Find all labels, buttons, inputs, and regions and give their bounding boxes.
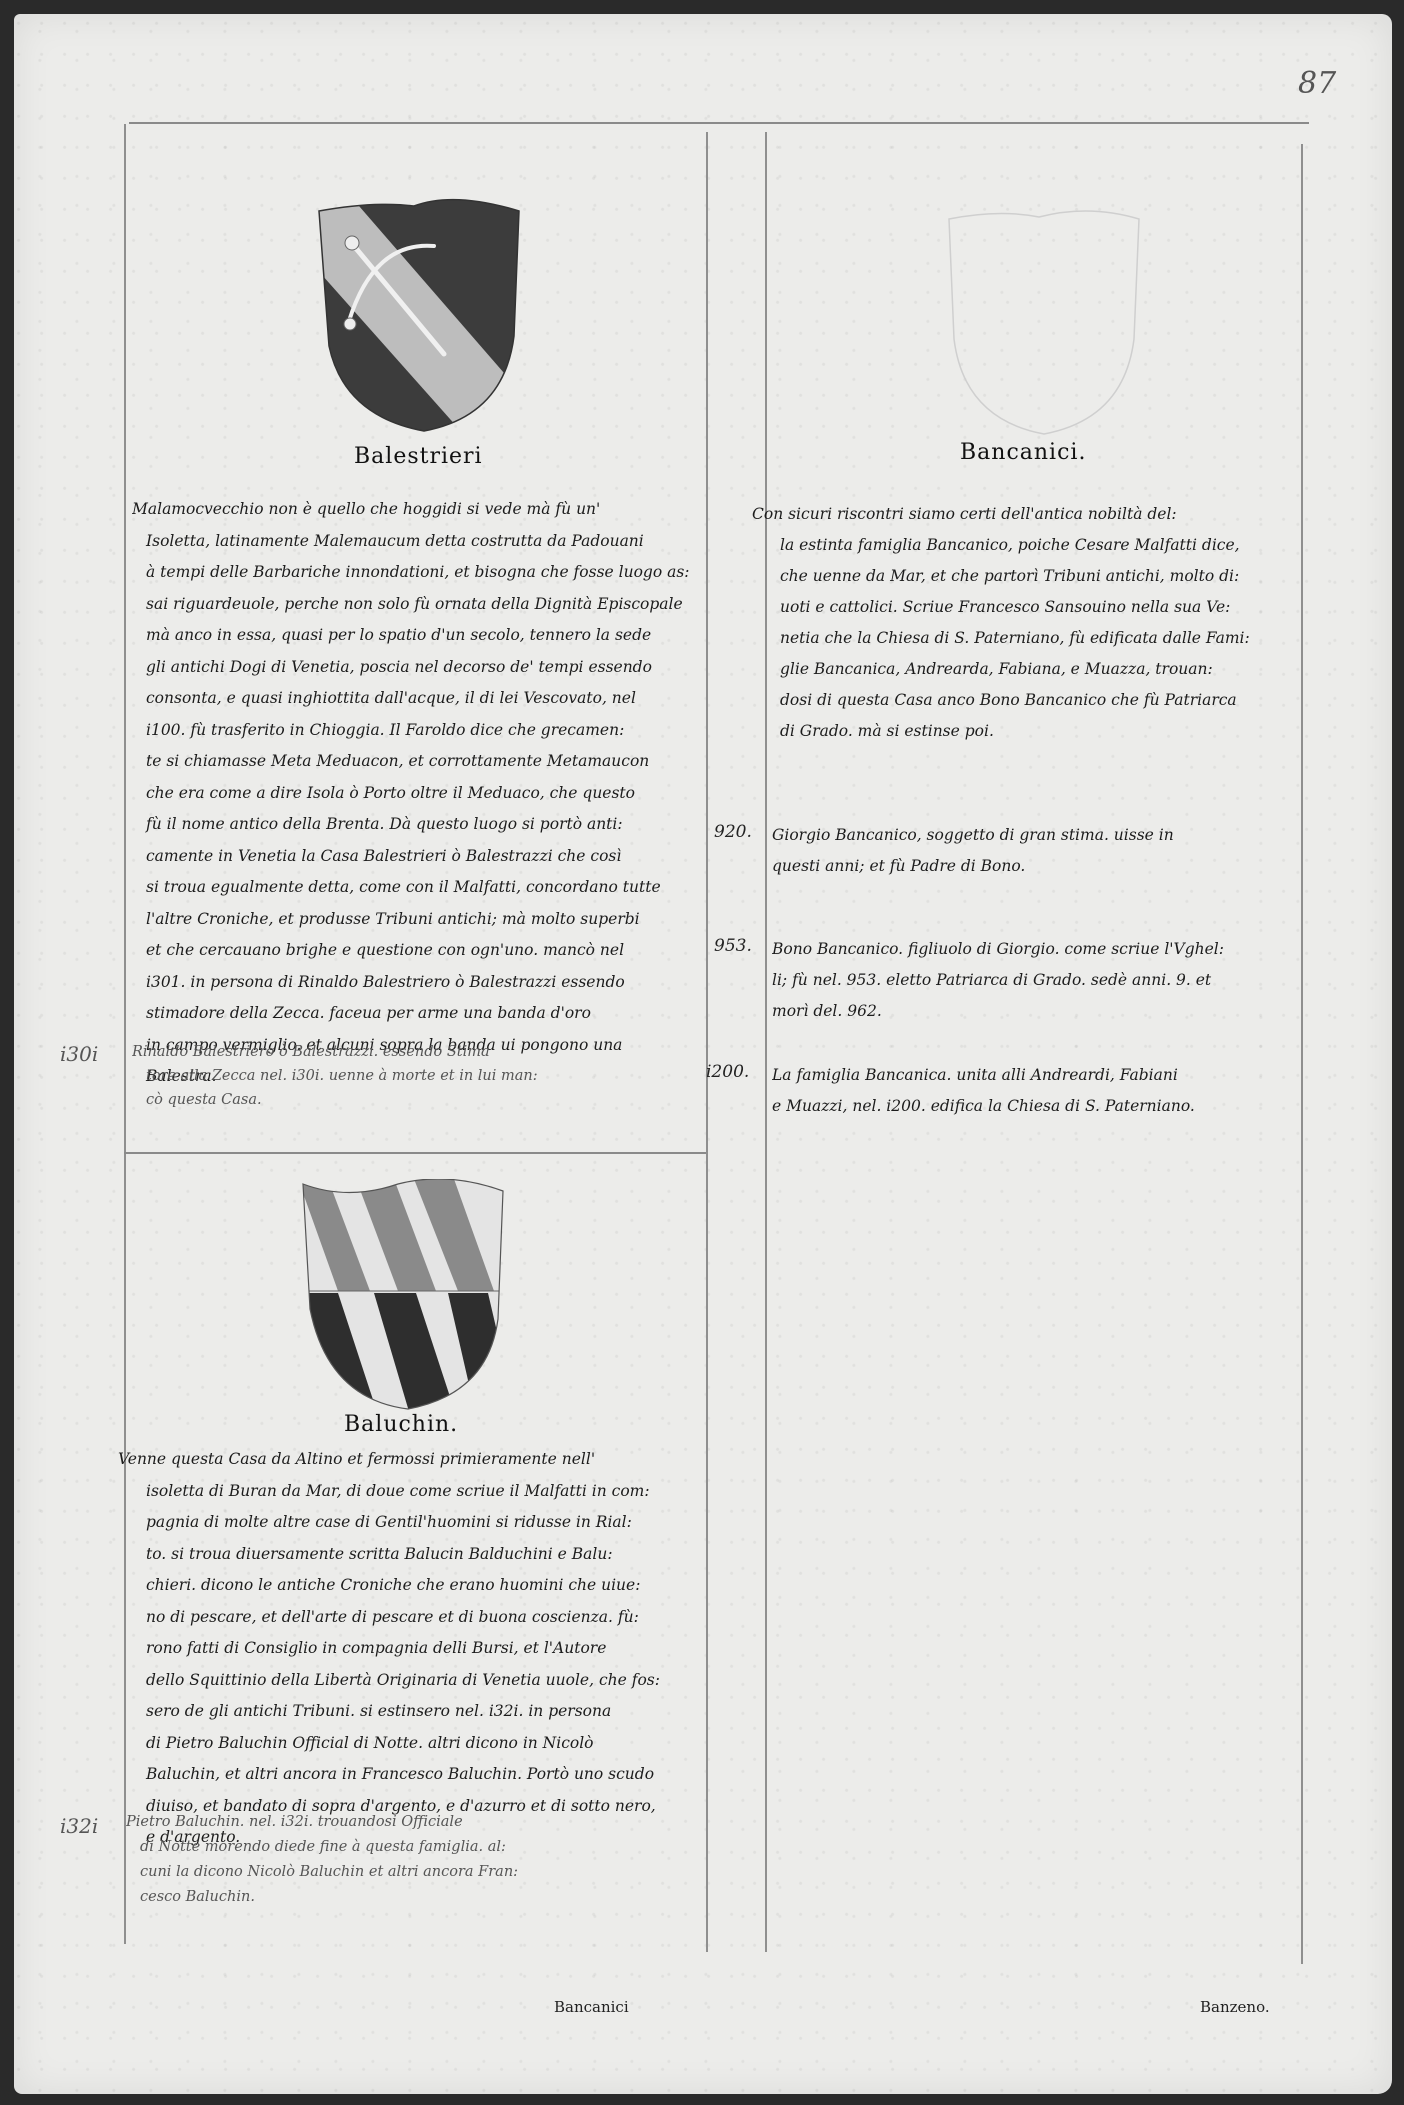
- text-line: che era come a dire Isola ò Porto oltre …: [132, 778, 702, 810]
- text-line: l'altre Croniche, et produsse Tribuni an…: [132, 904, 702, 936]
- text-line: uoti e cattolici. Scriue Francesco Sanso…: [752, 592, 1292, 623]
- margin-year: i200.: [706, 1062, 749, 1082]
- text-line: che uenne da Mar, et che partorì Tribuni…: [752, 561, 1292, 592]
- text-line: to. si troua diuersamente scritta Baluci…: [118, 1539, 704, 1571]
- margin-year: i30i: [60, 1042, 98, 1066]
- text-line: dosi di questa Casa anco Bono Bancanico …: [752, 685, 1292, 716]
- text-line: Rinaldo Balestriero ò Balestrazzi. essen…: [132, 1040, 702, 1064]
- column-rule-left: [706, 132, 708, 1952]
- catchword-right: Banzeno.: [1200, 1998, 1270, 2016]
- text-line: isoletta di Buran da Mar, di doue come s…: [118, 1476, 704, 1508]
- catchword-left: Bancanici: [554, 1998, 629, 2016]
- text-line: si troua egualmente detta, come con il M…: [132, 872, 702, 904]
- text-line: questi anni; et fù Padre di Bono.: [772, 851, 1297, 882]
- text-line: chieri. dicono le antiche Croniche che e…: [118, 1570, 704, 1602]
- text-line: di Pietro Baluchin Official di Notte. al…: [118, 1728, 704, 1760]
- text-line: rono fatti di Consiglio in compagnia del…: [118, 1633, 704, 1665]
- text-line: fù il nome antico della Brenta. Dà quest…: [132, 809, 702, 841]
- text-line: la estinta famiglia Bancanico, poiche Ce…: [752, 530, 1292, 561]
- text-line: no di pescare, et dell'arte di pescare e…: [118, 1602, 704, 1634]
- text-line: i301. in persona di Rinaldo Balestriero …: [132, 967, 702, 999]
- margin-year: i32i: [60, 1814, 98, 1838]
- manuscript-page: 87 Balestrieri Malamocvecchio non è quel…: [14, 14, 1392, 2094]
- entry-divider-rule: [124, 1152, 706, 1154]
- text-line: di Notte morendo diede fine à questa fam…: [126, 1835, 702, 1860]
- text-line: netia che la Chiesa di S. Paterniano, fù…: [752, 623, 1292, 654]
- text-line: di Grado. mà si estinse poi.: [752, 716, 1292, 747]
- dated-note-920: Giorgio Bancanico, soggetto di gran stim…: [772, 820, 1297, 882]
- margin-year: 920.: [714, 822, 752, 842]
- text-line: Giorgio Bancanico, soggetto di gran stim…: [772, 820, 1297, 851]
- text-line: te si chiamasse Meta Meduacon, et corrot…: [132, 746, 702, 778]
- folio-number: 87: [1298, 66, 1336, 101]
- text-line: Bono Bancanico. figliuolo di Giorgio. co…: [772, 934, 1297, 965]
- text-line: sero de gli antichi Tribuni. si estinser…: [118, 1696, 704, 1728]
- entry-text-bancanici: Con sicuri riscontri siamo certi dell'an…: [752, 499, 1292, 747]
- text-line: i100. fù trasferito in Chioggia. Il Faro…: [132, 715, 702, 747]
- text-line: cuni la dicono Nicolò Baluchin et altri …: [126, 1860, 702, 1885]
- baluchin-coat-of-arms: [298, 1179, 508, 1415]
- margin-year: 953.: [714, 936, 752, 956]
- entry-text-baluchin: Venne questa Casa da Altino et fermossi …: [118, 1444, 704, 1854]
- text-line: morì del. 962.: [772, 996, 1297, 1027]
- entry-heading-balestrieri: Balestrieri: [354, 444, 483, 469]
- text-line: et che cercauano brighe e questione con …: [132, 935, 702, 967]
- text-line: dello Squittinio della Libertà Originari…: [118, 1665, 704, 1697]
- text-line: camente in Venetia la Casa Balestrieri ò…: [132, 841, 702, 873]
- entry-heading-bancanici: Bancanici.: [960, 440, 1086, 465]
- bancanici-empty-coat-of-arms: [939, 199, 1149, 439]
- dated-note-953: Bono Bancanico. figliuolo di Giorgio. co…: [772, 934, 1297, 1027]
- text-line: gli antichi Dogi di Venetia, poscia nel …: [132, 652, 702, 684]
- column-rule-right: [765, 132, 767, 1952]
- dated-note-1200: La famiglia Bancanica. unita alli Andrea…: [772, 1060, 1297, 1122]
- top-rule: [129, 122, 1309, 124]
- text-line: e Muazzi, nel. i200. edifica la Chiesa d…: [772, 1091, 1297, 1122]
- text-line: Malamocvecchio non è quello che hoggidi …: [132, 494, 702, 526]
- text-line: Venne questa Casa da Altino et fermossi …: [118, 1444, 704, 1476]
- dated-note-baluchin: Pietro Baluchin. nel. i32i. trouandosi O…: [126, 1810, 702, 1910]
- text-line: sai riguardeuole, perche non solo fù orn…: [132, 589, 702, 621]
- text-line: cesco Baluchin.: [126, 1885, 702, 1910]
- text-line: cò questa Casa.: [132, 1088, 702, 1112]
- text-line: li; fù nel. 953. eletto Patriarca di Gra…: [772, 965, 1297, 996]
- entry-text-balestrieri: Malamocvecchio non è quello che hoggidi …: [132, 494, 702, 1093]
- text-line: glie Bancanica, Andrearda, Fabiana, e Mu…: [752, 654, 1292, 685]
- text-line: consonta, e quasi inghiottita dall'acque…: [132, 683, 702, 715]
- text-line: Con sicuri riscontri siamo certi dell'an…: [752, 499, 1292, 530]
- dated-note-balestrieri: Rinaldo Balestriero ò Balestrazzi. essen…: [132, 1040, 702, 1112]
- text-line: tore alla Zecca nel. i30i. uenne à morte…: [132, 1064, 702, 1088]
- right-margin-rule: [1301, 144, 1303, 1964]
- text-line: mà anco in essa, quasi per lo spatio d'u…: [132, 620, 702, 652]
- balestrieri-coat-of-arms: [314, 196, 524, 436]
- text-line: Pietro Baluchin. nel. i32i. trouandosi O…: [126, 1810, 702, 1835]
- text-line: stimadore della Zecca. faceua per arme u…: [132, 998, 702, 1030]
- entry-heading-baluchin: Baluchin.: [344, 1412, 458, 1437]
- text-line: Isoletta, latinamente Malemaucum detta c…: [132, 526, 702, 558]
- text-line: à tempi delle Barbariche innondationi, e…: [132, 557, 702, 589]
- text-line: Baluchin, et altri ancora in Francesco B…: [118, 1759, 704, 1791]
- text-line: pagnia di molte altre case di Gentil'huo…: [118, 1507, 704, 1539]
- text-line: La famiglia Bancanica. unita alli Andrea…: [772, 1060, 1297, 1091]
